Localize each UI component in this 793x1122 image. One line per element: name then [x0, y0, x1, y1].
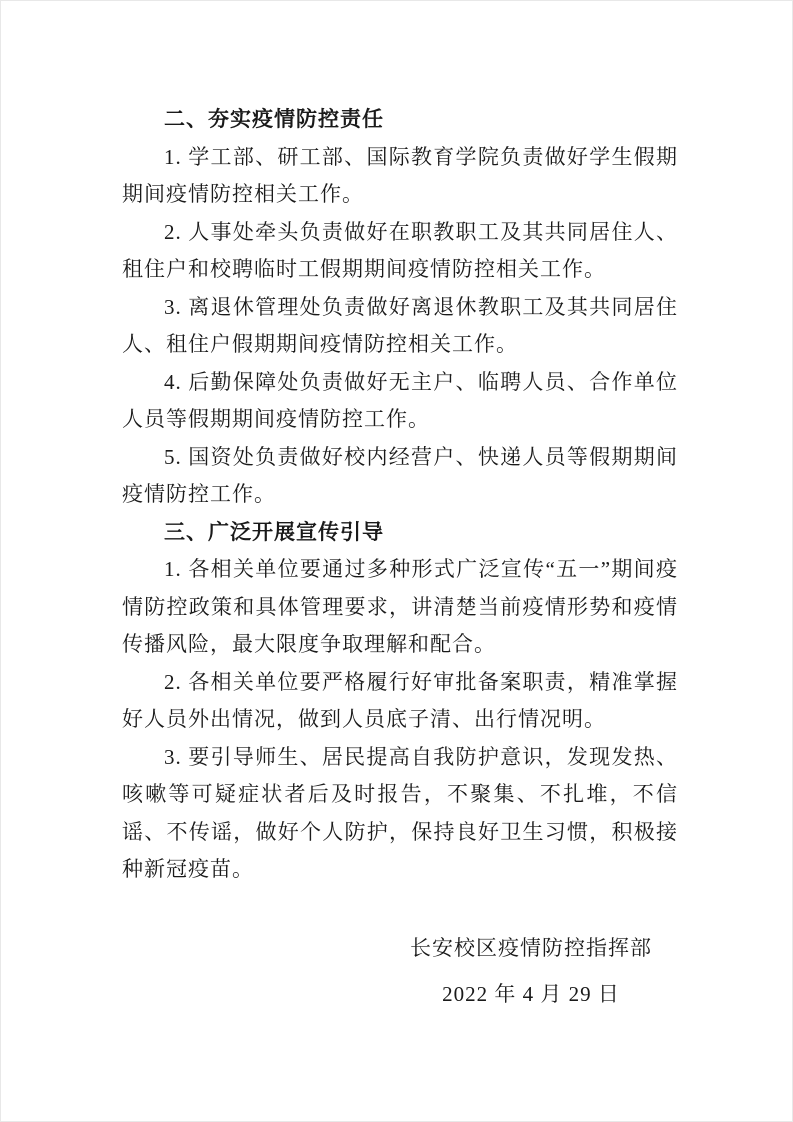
section-2-heading: 二、夯实疫情防控责任	[122, 101, 678, 139]
section-3-heading: 三、广泛开展宣传引导	[122, 514, 678, 552]
section-3: 三、广泛开展宣传引导 1. 各相关单位要通过多种形式广泛宣传“五一”期间疫情防控…	[122, 514, 678, 889]
date-line: 2022 年 4 月 29 日	[331, 971, 731, 1017]
section-2-paragraph-4: 4. 后勤保障处负责做好无主户、临聘人员、合作单位人员等假期期间疫情防控工作。	[122, 364, 678, 439]
section-2: 二、夯实疫情防控责任 1. 学工部、研工部、国际教育学院负责做好学生假期期间疫情…	[122, 101, 678, 514]
section-2-paragraph-5: 5. 国资处负责做好校内经营户、快递人员等假期期间疫情防控工作。	[122, 439, 678, 514]
section-3-paragraph-3: 3. 要引导师生、居民提高自我防护意识，发现发热、咳嗽等可疑症状者后及时报告，不…	[122, 739, 678, 889]
section-2-paragraph-2: 2. 人事处牵头负责做好在职教职工及其共同居住人、租住户和校聘临时工假期期间疫情…	[122, 214, 678, 289]
section-3-paragraph-1: 1. 各相关单位要通过多种形式广泛宣传“五一”期间疫情防控政策和具体管理要求，讲…	[122, 551, 678, 664]
document-body: 二、夯实疫情防控责任 1. 学工部、研工部、国际教育学院负责做好学生假期期间疫情…	[122, 101, 678, 889]
section-2-paragraph-3: 3. 离退休管理处负责做好离退休教职工及其共同居住人、租住户假期期间疫情防控相关…	[122, 289, 678, 364]
section-2-paragraph-1: 1. 学工部、研工部、国际教育学院负责做好学生假期期间疫情防控相关工作。	[122, 139, 678, 214]
document-page: 二、夯实疫情防控责任 1. 学工部、研工部、国际教育学院负责做好学生假期期间疫情…	[0, 0, 793, 1122]
signoff-block: 长安校区疫情防控指挥部 2022 年 4 月 29 日	[331, 925, 731, 1017]
signature-line: 长安校区疫情防控指挥部	[331, 925, 731, 971]
section-3-paragraph-2: 2. 各相关单位要严格履行好审批备案职责，精准掌握好人员外出情况，做到人员底子清…	[122, 664, 678, 739]
